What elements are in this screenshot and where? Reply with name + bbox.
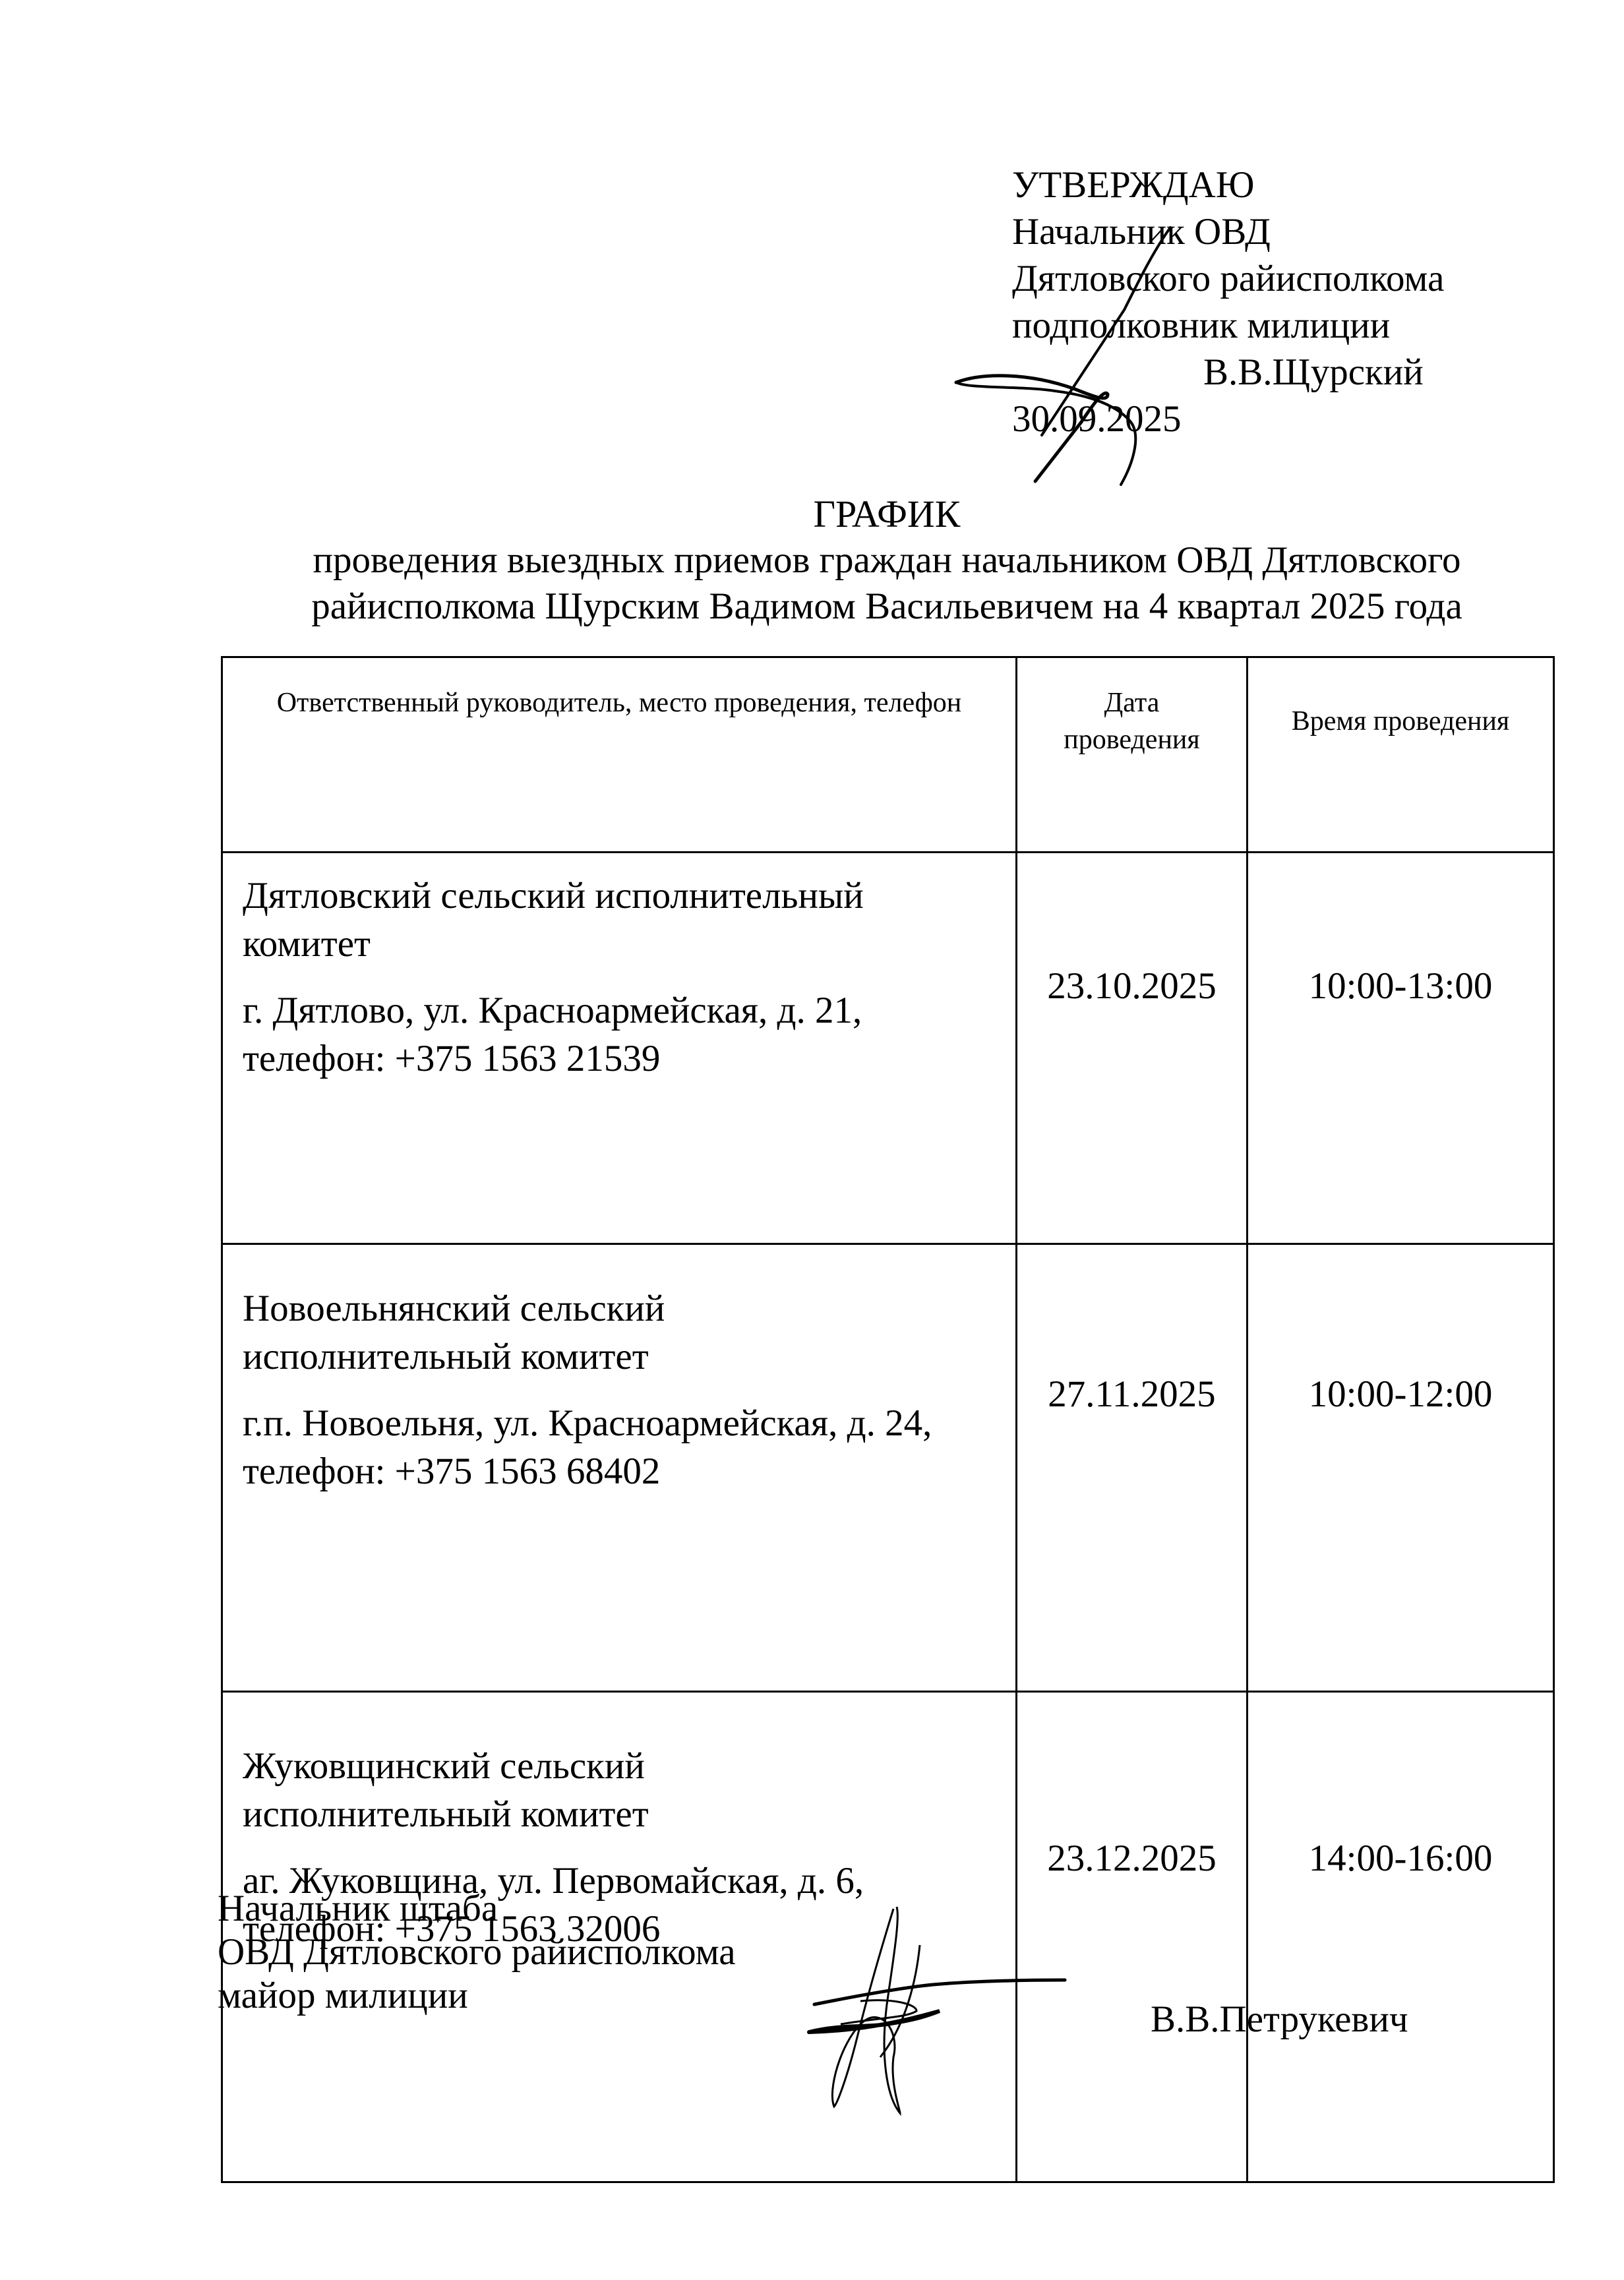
document-subtitle-line1: проведения выездных приемов граждан нача… — [218, 537, 1556, 584]
footer-signatory-block: Начальник штаба ОВД Дятловского райиспол… — [218, 1887, 736, 2018]
date-cell: 27.11.2025 — [1017, 1244, 1248, 1692]
header-time: Время проведения — [1248, 657, 1554, 853]
table-header-row: Ответственный руководитель, место провед… — [222, 657, 1554, 853]
date-cell: 23.10.2025 — [1017, 853, 1248, 1244]
signatory-name: В.В.Петрукевич — [1151, 1998, 1408, 2041]
signatory-position: Начальник штаба — [218, 1887, 736, 1931]
time-cell: 14:00-16:00 — [1248, 1692, 1554, 2182]
document-title-block: ГРАФИК проведения выездных приемов гражд… — [218, 491, 1556, 630]
address-phone: г.п. Новоельня, ул. Красноармейская, д. … — [243, 1399, 996, 1495]
organization-name: Дятловский сельский исполнительный комит… — [243, 872, 996, 968]
table-row: Новоельнянский сельский исполнительный к… — [222, 1244, 1554, 1692]
header-responsible-place-phone: Ответственный руководитель, место провед… — [222, 657, 1017, 853]
approver-signature-icon — [943, 224, 1207, 488]
address-phone: г. Дятлово, ул. Красноармейская, д. 21, … — [243, 986, 996, 1083]
place-cell: Новоельнянский сельский исполнительный к… — [222, 1244, 1017, 1692]
signatory-organization: ОВД Дятловского райисполкома — [218, 1931, 736, 1974]
place-cell: Дятловский сельский исполнительный комит… — [222, 853, 1017, 1244]
table-row: Дятловский сельский исполнительный комит… — [222, 853, 1554, 1244]
document-title: ГРАФИК — [218, 491, 1556, 537]
signatory-rank: майор милиции — [218, 1974, 736, 2018]
organization-name: Жуковщинский сельский исполнительный ком… — [243, 1742, 996, 1838]
document-subtitle-line2: райисполкома Щурским Вадимом Васильевиче… — [218, 584, 1556, 630]
approval-stamp: УТВЕРЖДАЮ — [1012, 162, 1444, 208]
signatory-signature-icon — [801, 1892, 1078, 2116]
time-cell: 10:00-13:00 — [1248, 853, 1554, 1244]
time-cell: 10:00-12:00 — [1248, 1244, 1554, 1692]
header-date: Дата проведения — [1017, 657, 1248, 853]
organization-name: Новоельнянский сельский исполнительный к… — [243, 1284, 996, 1381]
